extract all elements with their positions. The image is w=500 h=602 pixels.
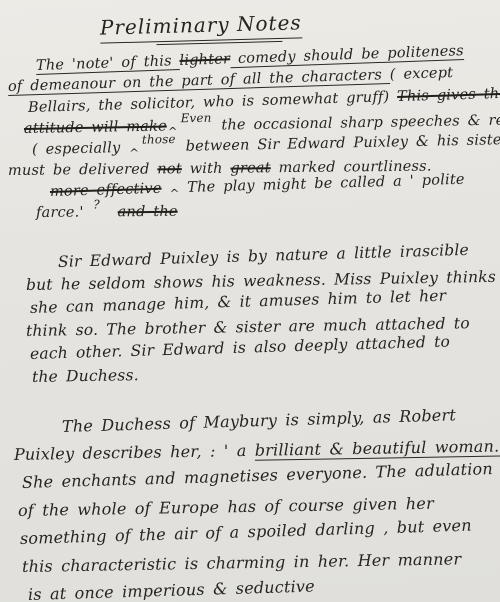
page-title: Preliminary Notes bbox=[100, 10, 302, 43]
text-segment: farce.' bbox=[36, 205, 92, 221]
paragraph-3: The Duchess of Maybury is simply, as Rob… bbox=[6, 413, 494, 602]
text-segment: Puixley describes her, : ' a bbox=[14, 441, 255, 464]
underlined-text: The 'note' of this bbox=[36, 53, 180, 74]
text-segment: The Duchess of Maybury is simply, as Rob… bbox=[62, 405, 456, 436]
manuscript-body: The 'note' of this lighter comedy should… bbox=[0, 56, 500, 602]
struck-text: more effective bbox=[50, 181, 162, 200]
text-segment: is at once imperious & seductive bbox=[28, 576, 315, 602]
text-segment bbox=[102, 204, 118, 220]
manuscript-page: Preliminary Notes The 'note' of this lig… bbox=[0, 0, 500, 602]
manuscript-line: farce.' ? and the bbox=[36, 199, 494, 224]
caret-mark: ^ bbox=[163, 186, 187, 201]
struck-text: not bbox=[157, 161, 182, 177]
text-segment: must be delivered bbox=[8, 161, 158, 179]
paragraph-2: Sir Edward Puixley is by nature a little… bbox=[6, 251, 494, 389]
inserted-text: ? bbox=[93, 197, 100, 211]
inserted-text: Even bbox=[181, 111, 212, 126]
text-segment: ( except bbox=[390, 65, 454, 83]
struck-text: great bbox=[230, 160, 270, 176]
struck-text: lighter bbox=[179, 51, 230, 69]
inserted-text: those bbox=[142, 132, 176, 147]
text-segment: between Sir Edward Puixley & his sister … bbox=[178, 132, 500, 155]
caret-mark: ^ bbox=[129, 146, 139, 160]
struck-text: This gives the bbox=[397, 86, 500, 105]
paragraph-1: The 'note' of this lighter comedy should… bbox=[6, 56, 494, 224]
text-segment: ( especially bbox=[32, 140, 129, 158]
text-segment: the Duchess. bbox=[32, 366, 139, 386]
text-segment: with bbox=[182, 161, 231, 178]
struck-text: and the bbox=[118, 204, 178, 221]
